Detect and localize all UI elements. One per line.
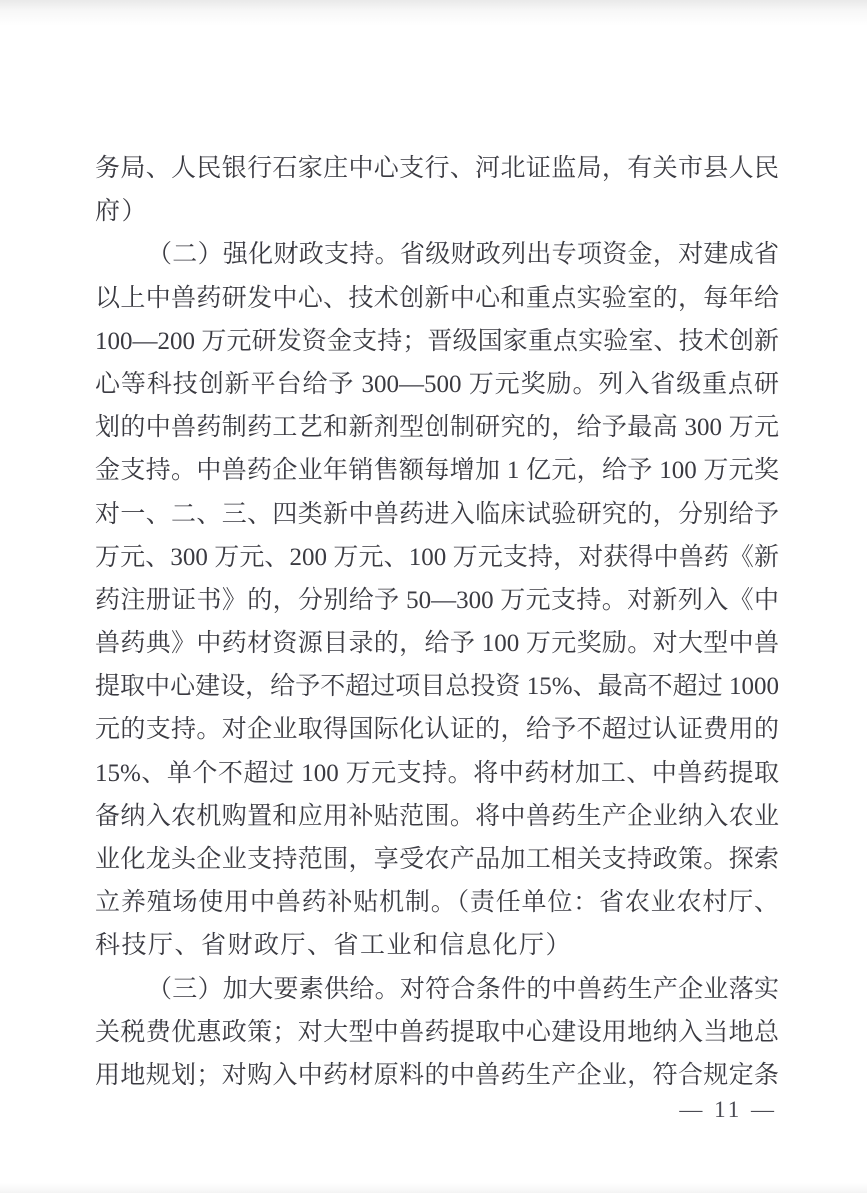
document-line: 关税费优惠政策；对大型中兽药提取中心建设用地纳入当地总体 xyxy=(95,1011,779,1054)
document-line: 心等科技创新平台给予 300—500 万元奖励。列入省级重点研发计 xyxy=(95,363,779,406)
document-line: 金支持。中兽药企业年销售额每增加 1 亿元，给予 100 万元奖励。 xyxy=(95,449,779,492)
document-line: 务局、人民银行石家庄中心支行、河北证监局，有关市县人民政 xyxy=(95,147,779,190)
document-line-section-3-heading: （三）加大要素供给。对符合条件的中兽药生产企业落实相 xyxy=(95,968,779,1011)
document-line: 药注册证书》的，分别给予 50—300 万元支持。对新列入《中国 xyxy=(95,579,779,622)
document-line: 业化龙头企业支持范围，享受农产品加工相关支持政策。探索建 xyxy=(95,838,779,881)
document-line: 科技厅、省财政厅、省工业和信息化厅） xyxy=(95,924,779,967)
document-line: 立养殖场使用中兽药补贴机制。（责任单位：省农业农村厅、省 xyxy=(95,881,779,924)
page-number: — 11 — xyxy=(679,1097,777,1123)
scanned-page: 务局、人民银行石家庄中心支行、河北证监局，有关市县人民政 府） （二）强化财政支… xyxy=(0,0,867,1193)
document-line: 备纳入农机购置和应用补贴范围。将中兽药生产企业纳入农业产 xyxy=(95,795,779,838)
document-line: 兽药典》中药材资源目录的，给予 100 万元奖励。对大型中兽药 xyxy=(95,622,779,665)
document-body: 务局、人民银行石家庄中心支行、河北证监局，有关市县人民政 府） （二）强化财政支… xyxy=(95,147,779,1097)
document-line: 以上中兽药研发中心、技术创新中心和重点实验室的，每年给予 xyxy=(95,277,779,320)
document-line: 万元、300 万元、200 万元、100 万元支持，对获得中兽药《新兽 xyxy=(95,536,779,579)
document-line-section-2-heading: （二）强化财政支持。省级财政列出专项资金，对建成省级 xyxy=(95,233,779,276)
document-line: 府） xyxy=(95,190,779,233)
document-line: 用地规划；对购入中药材原料的中兽药生产企业，符合规定条件 xyxy=(95,1054,779,1097)
document-line: 100—200 万元研发资金支持；晋级国家重点实验室、技术创新中 xyxy=(95,320,779,363)
document-line: 划的中兽药制药工艺和新剂型创制研究的，给予最高 300 万元资 xyxy=(95,406,779,449)
document-line: 对一、二、三、四类新中兽药进入临床试验研究的，分别给予 500 xyxy=(95,493,779,536)
document-line: 提取中心建设，给予不超过项目总投资 15%、最高不超过 1000 万 xyxy=(95,665,779,708)
document-line: 15%、单个不超过 100 万元支持。将中药材加工、中兽药提取等设 xyxy=(95,752,779,795)
document-line: 元的支持。对企业取得国际化认证的，给予不超过认证费用的 xyxy=(95,708,779,751)
